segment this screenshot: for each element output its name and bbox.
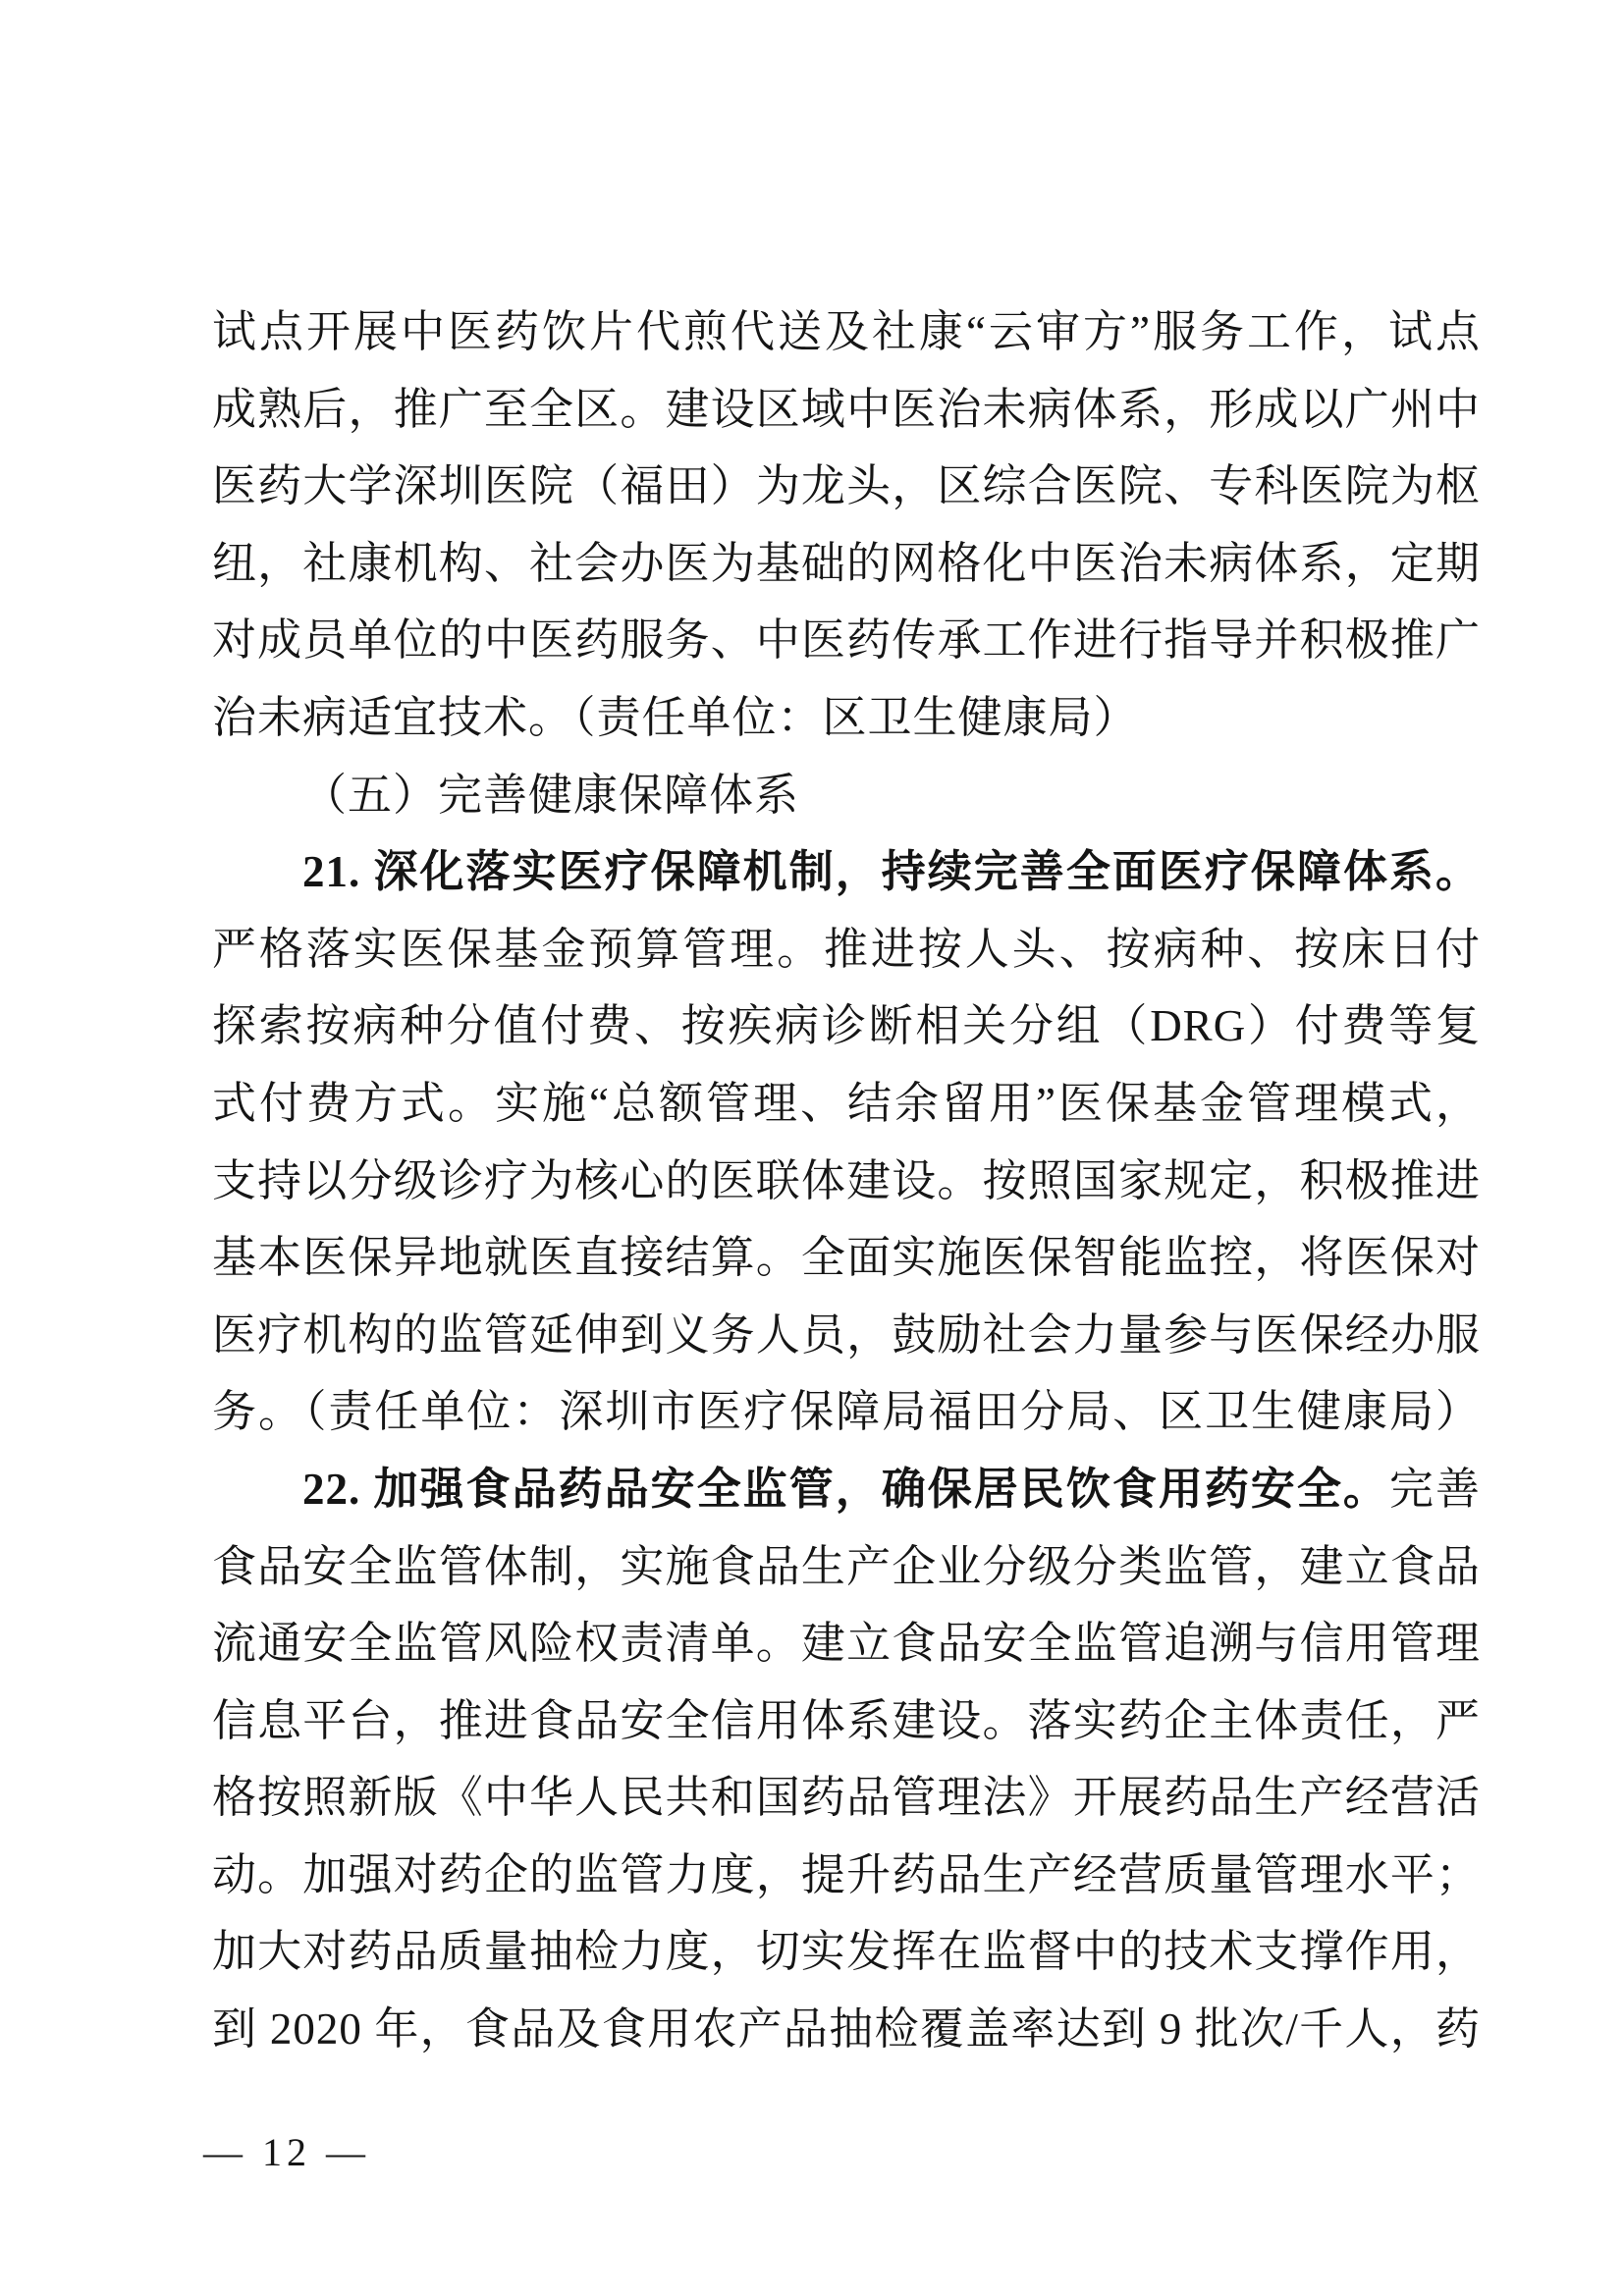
text-block: 试点开展中医药饮片代煎代送及社康“云审方”服务工作，试点 成熟后，推广至全区。建… — [212, 294, 1481, 2068]
text-line-regular-segment: 成熟后，推广至全区。建设区域中医治未病体系，形成以广州中 — [212, 385, 1481, 434]
text-line: 格按照新版《中华人民共和国药品管理法》开展药品生产经营活 — [212, 1759, 1481, 1837]
document-page: 试点开展中医药饮片代煎代送及社康“云审方”服务工作，试点 成熟后，推广至全区。建… — [0, 0, 1624, 2296]
text-line-bold-segment: 21. 深化落实医疗保障机制，持续完善全面医疗保障体系。 — [302, 847, 1481, 896]
text-line: 食品安全监管体制，实施食品生产企业分级分类监管，建立食品 — [212, 1528, 1481, 1606]
text-line-regular-segment: 动。加强对药企的监管力度，提升药品生产经营质量管理水平； — [212, 1850, 1481, 1899]
text-line: 加大对药品质量抽检力度，切实发挥在监督中的技术支撑作用， — [212, 1913, 1481, 1991]
text-line-regular-segment: 支持以分级诊疗为核心的医联体建设。按照国家规定，积极推进 — [212, 1156, 1481, 1205]
text-line-regular-segment: 到 2020 年，食品及食用农产品抽检覆盖率达到 9 批次/千人，药 — [212, 2004, 1481, 2054]
section-heading: （五）完善健康保障体系 — [212, 757, 1481, 834]
text-line-regular-segment: 务。（责任单位：深圳市医疗保障局福田分局、区卫生健康局） — [212, 1387, 1481, 1436]
text-line: 式付费方式。实施“总额管理、结余留用”医保基金管理模式， — [212, 1065, 1481, 1143]
text-line: 动。加强对药企的监管力度，提升药品生产经营质量管理水平； — [212, 1837, 1481, 1914]
text-line: 支持以分级诊疗为核心的医联体建设。按照国家规定，积极推进 — [212, 1143, 1481, 1220]
text-line: 基本医保异地就医直接结算。全面实施医保智能监控，将医保对 — [212, 1219, 1481, 1297]
text-line-regular-segment: 加大对药品质量抽检力度，切实发挥在监督中的技术支撑作用， — [212, 1927, 1481, 1976]
text-line-regular-segment: 基本医保异地就医直接结算。全面实施医保智能监控，将医保对 — [212, 1233, 1481, 1282]
text-line: 医疗机构的监管延伸到义务人员，鼓励社会力量参与医保经办服 — [212, 1297, 1481, 1374]
text-line-regular-segment: 探索按病种分值付费、按疾病诊断相关分组（DRG）付费等复合 — [212, 1001, 1481, 1065]
numbered-heading-21: 21. 深化落实医疗保障机制，持续完善全面医疗保障体系。 — [212, 833, 1481, 911]
text-line-regular-segment: 治未病适宜技术。（责任单位：区卫生健康局） — [212, 693, 1139, 742]
text-line-regular-segment: 信息平台，推进食品安全信用体系建设。落实药企主体责任，严 — [212, 1696, 1481, 1745]
text-line-bold-segment: 22. 加强食品药品安全监管，确保居民饮食用药安全。 — [302, 1465, 1389, 1514]
text-line: 试点开展中医药饮片代煎代送及社康“云审方”服务工作，试点 — [212, 294, 1481, 371]
text-line: 到 2020 年，食品及食用农产品抽检覆盖率达到 9 批次/千人，药 — [212, 1991, 1481, 2068]
text-line: 医药大学深圳医院（福田）为龙头，区综合医院、专科医院为枢 — [212, 448, 1481, 525]
text-line: 成熟后，推广至全区。建设区域中医治未病体系，形成以广州中 — [212, 371, 1481, 449]
text-line: 对成员单位的中医药服务、中医药传承工作进行指导并积极推广 — [212, 602, 1481, 679]
text-line: 流通安全监管风险权责清单。建立食品安全监管追溯与信用管理 — [212, 1605, 1481, 1682]
text-line-regular-segment: 完善 — [1389, 1465, 1481, 1514]
text-line-regular-segment: 严格落实医保基金预算管理。推进按人头、按病种、按床日付费， — [212, 925, 1481, 988]
text-line: 治未病适宜技术。（责任单位：区卫生健康局） — [212, 679, 1481, 757]
text-line-regular-segment: 对成员单位的中医药服务、中医药传承工作进行指导并积极推广 — [212, 615, 1481, 665]
text-line-regular-segment: 纽，社康机构、社会办医为基础的网格化中医治未病体系，定期 — [212, 539, 1481, 588]
text-line-regular-segment: 格按照新版《中华人民共和国药品管理法》开展药品生产经营活 — [212, 1773, 1481, 1822]
text-line-regular-segment: 医疗机构的监管延伸到义务人员，鼓励社会力量参与医保经办服 — [212, 1310, 1481, 1360]
text-line: 探索按病种分值付费、按疾病诊断相关分组（DRG）付费等复合 — [212, 988, 1481, 1065]
text-line-regular-segment: 流通安全监管风险权责清单。建立食品安全监管追溯与信用管理 — [212, 1619, 1481, 1668]
page-number: — 12 — — [203, 2128, 370, 2177]
text-line: 严格落实医保基金预算管理。推进按人头、按病种、按床日付费， — [212, 911, 1481, 988]
text-line-regular-segment: 试点开展中医药饮片代煎代送及社康“云审方”服务工作，试点 — [212, 307, 1481, 356]
text-line-regular-segment: 食品安全监管体制，实施食品生产企业分级分类监管，建立食品 — [212, 1542, 1481, 1591]
text-line: 纽，社康机构、社会办医为基础的网格化中医治未病体系，定期 — [212, 525, 1481, 603]
numbered-heading-22: 22. 加强食品药品安全监管，确保居民饮食用药安全。完善 — [212, 1451, 1481, 1528]
text-line-regular-segment: 式付费方式。实施“总额管理、结余留用”医保基金管理模式， — [212, 1079, 1481, 1128]
text-line-regular-segment: 医药大学深圳医院（福田）为龙头，区综合医院、专科医院为枢 — [212, 461, 1481, 510]
text-line-regular-segment: （五）完善健康保障体系 — [302, 771, 799, 820]
text-line: 信息平台，推进食品安全信用体系建设。落实药企主体责任，严 — [212, 1682, 1481, 1760]
text-line: 务。（责任单位：深圳市医疗保障局福田分局、区卫生健康局） — [212, 1373, 1481, 1451]
